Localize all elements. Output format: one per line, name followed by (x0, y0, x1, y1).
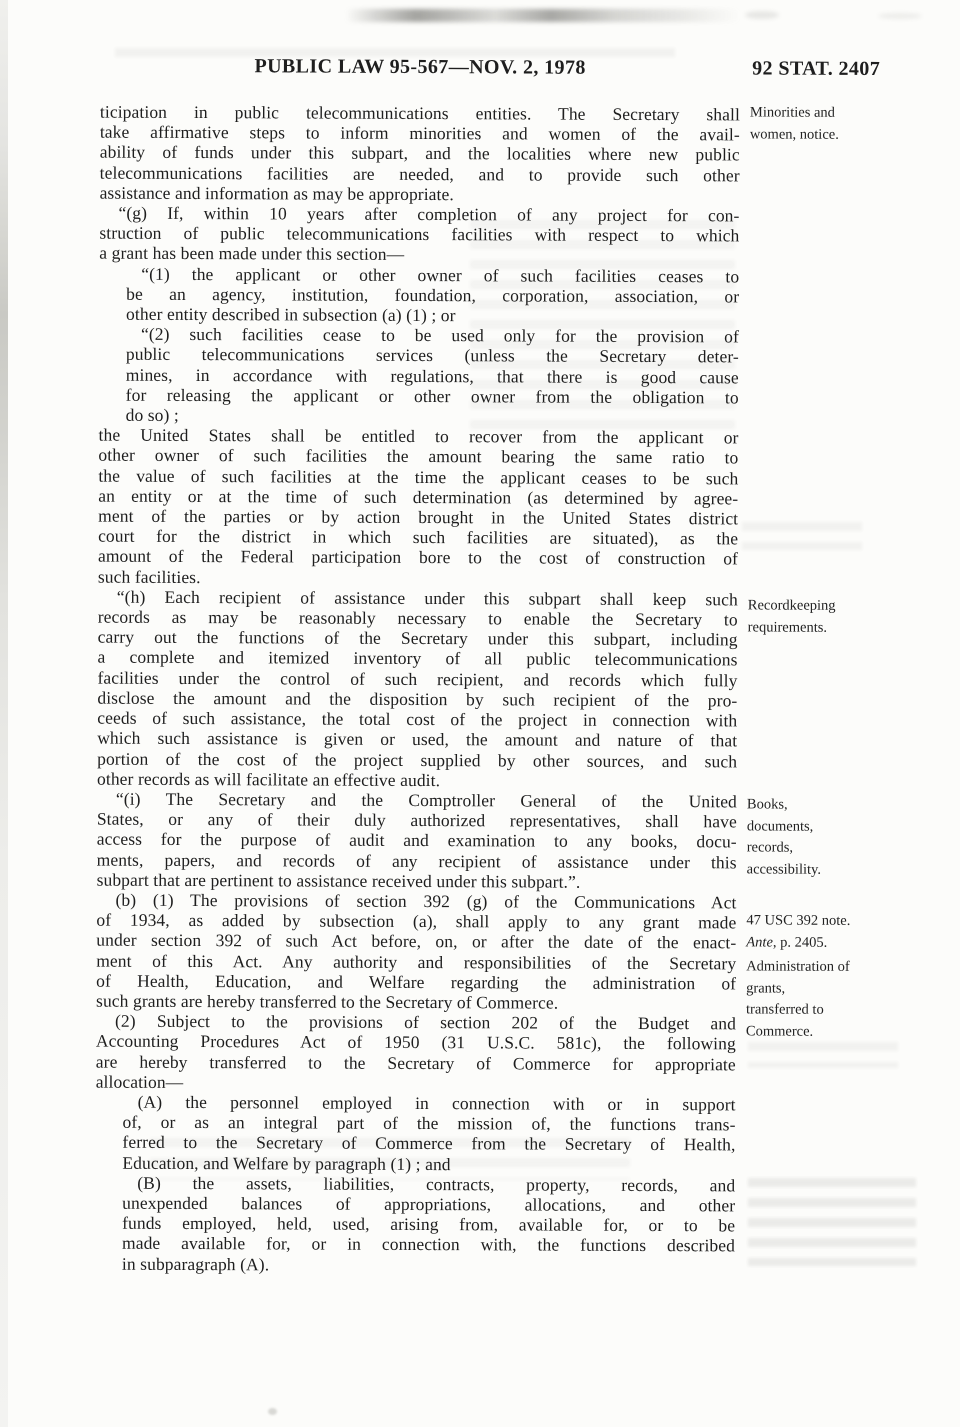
text-line: (b) (1) The provisions of section 392 (g… (96, 890, 736, 913)
margin-note: Minorities andwomen, notice. (750, 102, 950, 146)
text-line: struction of public telecommunications f… (99, 223, 739, 246)
text-line: facilities under the control of such rec… (97, 667, 737, 690)
page-header-law-title: PUBLIC LAW 95-567—NOV. 2, 1978 (100, 55, 740, 81)
margin-note-line: documents, (747, 816, 947, 838)
text-line: “(h) Each recipient of assistance under … (98, 586, 738, 609)
paragraph: “(h) Each recipient of assistance under … (97, 586, 738, 791)
paragraph: “(1) the applicant or other owner of suc… (126, 263, 739, 326)
text-line: “(1) the applicant or other owner of suc… (126, 263, 739, 286)
margin-note-line: Minorities and (750, 102, 950, 124)
text-line: a grant has been made under this section… (99, 243, 739, 266)
text-line: ment of the parties or by action brought… (98, 506, 738, 529)
margin-note-line: women, notice. (750, 124, 950, 146)
body-column: ticipation in public telecommunications … (95, 102, 740, 1277)
margin-note: Recordkeepingrequirements. (748, 595, 948, 639)
text-line: mines, in accordance with regulations, t… (126, 364, 739, 387)
text-line: ment of this Act. Any authority and resp… (96, 950, 736, 973)
text-line: “(i) The Secretary and the Comptroller G… (97, 789, 737, 812)
text-line: of, or as an integral part of the missio… (122, 1112, 735, 1135)
text-line: an entity or at the time of such determi… (98, 485, 738, 508)
paragraph: (B) the assets, liabilities, contracts, … (122, 1172, 735, 1276)
margin-note-line: Recordkeeping (748, 595, 948, 617)
text-line: be an agency, institution, foundation, c… (126, 284, 739, 307)
margin-note: Books,documents,records,accessibility. (747, 794, 947, 881)
margin-notes: Minorities andwomen, notice.Recordkeepin… (0, 0, 960, 2)
text-line: (2) Subject to the provisions of section… (96, 1011, 736, 1034)
paragraph: (b) (1) The provisions of section 392 (g… (96, 890, 737, 1014)
paragraph: (2) Subject to the provisions of section… (96, 1011, 736, 1095)
text-line: the value of such facilities at the time… (98, 465, 738, 488)
text-line: the United States shall be entitled to r… (98, 425, 738, 448)
text-line: funds employed, held, used, arising from… (122, 1213, 735, 1236)
text-line: ability of funds under this subpart, and… (100, 142, 740, 165)
text-line: such facilities. (98, 566, 738, 589)
text-line: allocation— (96, 1071, 736, 1094)
margin-note: Administration ofgrants,transferred toCo… (746, 956, 946, 1043)
margin-note-line: grants, (746, 978, 946, 1000)
text-line: other records as will facilitate an effe… (97, 768, 737, 791)
text-line: of 1934, as added by subsection (a), sha… (96, 910, 736, 933)
text-line: carry out the functions of the Secretary… (98, 627, 738, 650)
paragraph: “(g) If, within 10 years after completio… (99, 203, 739, 266)
text-line: public telecommunications services (unle… (126, 344, 739, 367)
margin-note: 47 USC 392 note. (746, 910, 946, 932)
text-line: portion of the cost of the project suppl… (97, 748, 737, 771)
margin-note-line: accessibility. (747, 859, 947, 881)
text-line: are hereby transferred to the Secretary … (96, 1051, 736, 1074)
text-line: such grants are hereby transferred to th… (96, 991, 736, 1014)
text-line: (B) the assets, liabilities, contracts, … (122, 1172, 735, 1195)
page-content: PUBLIC LAW 95-567—NOV. 2, 1978 92 STAT. … (0, 0, 960, 1427)
margin-note-line: Administration of (746, 956, 946, 978)
text-line: ceeds of such assistance, the total cost… (97, 708, 737, 731)
text-line: ferred to the Secretary of Commerce from… (122, 1132, 735, 1155)
text-line: access for the purpose of audit and exam… (97, 829, 737, 852)
text-line: Accounting Procedures Act of 1950 (31 U.… (96, 1031, 736, 1054)
text-line: take affirmative steps to inform minorit… (100, 122, 740, 145)
text-line: amount of the Federal participation bore… (98, 546, 738, 569)
text-line: unexpended balances of appropriations, a… (122, 1193, 735, 1216)
margin-note-line: Books, (747, 794, 947, 816)
margin-note-line: Commerce. (746, 1021, 946, 1043)
margin-note-line: transferred to (746, 999, 946, 1021)
text-line: “(2) such facilities cease to be used on… (126, 324, 739, 347)
text-line: (A) the personnel employed in connection… (123, 1092, 736, 1115)
text-line: ments, papers, and records of any recipi… (97, 849, 737, 872)
paragraph: the United States shall be entitled to r… (98, 425, 739, 589)
paragraph: “(2) such facilities cease to be used on… (126, 324, 739, 428)
text-line: a complete and itemized inventory of all… (98, 647, 738, 670)
statute-page: PUBLIC LAW 95-567—NOV. 2, 1978 92 STAT. … (0, 0, 960, 1427)
text-line: for releasing the applicant or other own… (126, 385, 739, 408)
text-line: States, or any of their duly authorized … (97, 809, 737, 832)
text-line: subpart that are pertinent to assistance… (97, 869, 737, 892)
paragraph: ticipation in public telecommunications … (100, 102, 740, 206)
text-line: Education, and Welfare by paragraph (1) … (122, 1152, 735, 1175)
text-line: other entity described in subsection (a)… (126, 304, 739, 327)
text-line: court for the district in which such fac… (98, 526, 738, 549)
text-line: in subparagraph (A). (122, 1253, 735, 1276)
margin-note: Ante, p. 2405. (746, 932, 946, 954)
text-line: assistance and information as may be app… (100, 182, 740, 205)
margin-note-line: requirements. (748, 617, 948, 639)
text-line: which such assistance is given or used, … (97, 728, 737, 751)
text-line: do so) ; (126, 405, 739, 428)
text-line: under section 392 of such Act before, on… (96, 930, 736, 953)
text-line: records as may be reasonably necessary t… (98, 607, 738, 630)
margin-note-line: records, (747, 837, 947, 859)
text-line: other owner of such facilities the amoun… (98, 445, 738, 468)
margin-note-line: Ante, p. 2405. (746, 932, 946, 954)
text-line: ticipation in public telecommunications … (100, 102, 740, 125)
page-header-stat-citation: 92 STAT. 2407 (720, 57, 880, 81)
margin-note-line: 47 USC 392 note. (746, 910, 946, 932)
text-line: of Health, Education, and Welfare regard… (96, 970, 736, 993)
text-line: made available for, or in connection wit… (122, 1233, 735, 1256)
paragraph: (A) the personnel employed in connection… (122, 1092, 735, 1175)
text-line: “(g) If, within 10 years after completio… (99, 203, 739, 226)
text-line: disclose the amount and the disposition … (97, 687, 737, 710)
paragraph: “(i) The Secretary and the Comptroller G… (97, 789, 737, 893)
text-line: telecommunications facilities are needed… (100, 162, 740, 185)
